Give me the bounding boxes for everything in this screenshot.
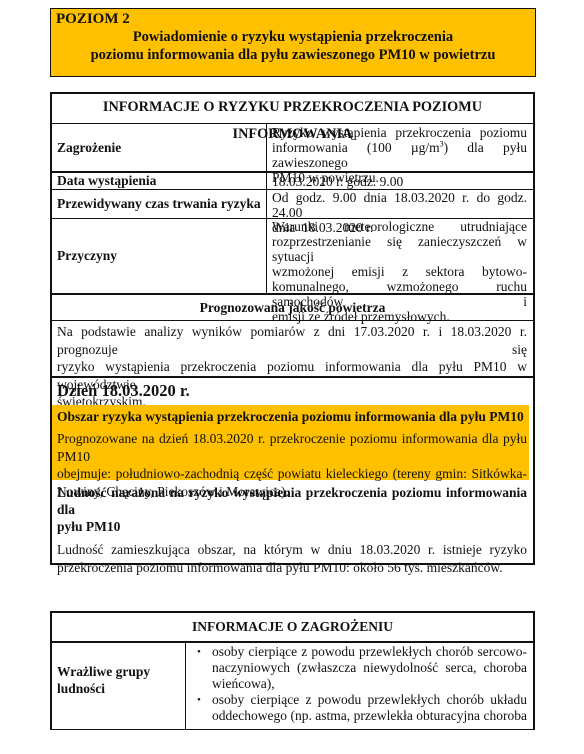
threat-info-table: INFORMACJE O ZAGROŻENIU Wrażliwe grupy l…	[50, 611, 535, 730]
bullet-item: • osoby cierpiące z powodu przewlekłych …	[212, 644, 527, 692]
text-line: wieńcowa),	[212, 676, 527, 692]
text-line: Na podstawie analizy wyników pomiarów z …	[57, 323, 527, 358]
text-line: Ludność zamieszkująca obszar, na którym …	[57, 541, 527, 559]
text-line: Ludność narażona na ryzyko wystąpienia p…	[57, 484, 527, 518]
text-line: oddechowego (np. astma, przewlekła obtur…	[212, 708, 527, 724]
row-przyczyny: Przyczyny Warunki meteorologiczne utrudn…	[52, 218, 533, 293]
population-section: Ludność narażona na ryzyko wystąpienia p…	[52, 482, 533, 562]
text-line: przekroczenia poziomu informowania dla p…	[57, 559, 527, 577]
text-line: osoby cierpiące z powodu przewlekłych ch…	[212, 692, 527, 708]
row-label: Przyczyny	[57, 248, 117, 264]
row-czas-trwania: Przewidywany czas trwania ryzyka Od godz…	[52, 189, 533, 218]
population-paragraph: Ludność zamieszkująca obszar, na którym …	[52, 535, 533, 576]
bullet-icon: •	[197, 692, 201, 708]
bullet-item: • osoby cierpiące z powodu przewlekłych …	[212, 692, 527, 724]
text-line: obejmuje: południowo-zachodnią część pow…	[57, 465, 527, 483]
population-heading: Ludność narażona na ryzyko wystąpienia p…	[52, 482, 533, 535]
label-line: Wrażliwe grupy	[57, 663, 150, 680]
text-line: naczyniowych (zwłaszcza niewydolność ser…	[212, 660, 527, 676]
level-label: POZIOM 2	[56, 11, 530, 28]
row-label: Zagrożenie	[57, 140, 121, 156]
forecast-paragraph: Na podstawie analizy wyników pomiarów z …	[52, 320, 533, 376]
value-line: rozprzestrzenianie się zanieczyszczeń w …	[272, 234, 527, 264]
value-line: wzmożonej emisji z sektora bytowo-	[272, 264, 527, 279]
row-value: • osoby cierpiące z powodu przewlekłych …	[185, 643, 533, 729]
row-value: Od godz. 9.00 dnia 18.03.2020 r. do godz…	[266, 190, 533, 218]
row-label: Przewidywany czas trwania ryzyka	[57, 196, 261, 212]
bullet-icon: •	[197, 644, 201, 660]
row-value: Warunki meteorologiczne utrudniające roz…	[266, 219, 533, 293]
text-line: pyłu PM10	[57, 518, 527, 535]
risk-info-table: INFORMACJE O RYZYKU PRZEKROCZENIA POZIOM…	[50, 92, 535, 565]
row-value: 18.03.2020 r. godz. 9.00	[266, 173, 533, 189]
row-wrazliwe-grupy: Wrażliwe grupy ludności • osoby cierpiąc…	[52, 641, 533, 729]
row-label: Wrażliwe grupy ludności	[57, 663, 150, 697]
row-label: Data wystąpienia	[57, 173, 156, 189]
text-line: osoby cierpiące z powodu przewlekłych ch…	[212, 644, 527, 660]
value-line: Warunki meteorologiczne utrudniające	[272, 219, 527, 234]
text-line: Prognozowane na dzień 18.03.2020 r. prze…	[57, 430, 527, 465]
value-line: Od godz. 9.00 dnia 18.03.2020 r. do godz…	[272, 190, 527, 220]
row-value: Ryzyko wystąpienia przekroczenia poziomu…	[266, 124, 533, 173]
value-line: Ryzyko wystąpienia przekroczenia poziomu	[272, 125, 527, 140]
header-title-line1: Powiadomienie o ryzyku wystąpienia przek…	[56, 28, 530, 46]
risk-area-section: Obszar ryzyka wystąpienia przekroczenia …	[52, 405, 529, 480]
bullet-list: • osoby cierpiące z powodu przewlekłych …	[194, 644, 527, 724]
alert-level-header: POZIOM 2 Powiadomienie o ryzyku wystąpie…	[50, 8, 536, 77]
label-line: ludności	[57, 680, 150, 697]
day-heading: Dzień 18.03.2020 r.	[52, 376, 533, 405]
forecast-heading: Prognozowana jakość powietrza	[52, 293, 533, 320]
risk-table-title: INFORMACJE O RYZYKU PRZEKROCZENIA POZIOM…	[52, 94, 533, 123]
area-heading: Obszar ryzyka wystąpienia przekroczenia …	[52, 405, 529, 425]
row-data-wystapienia: Data wystąpienia 18.03.2020 r. godz. 9.0…	[52, 171, 533, 189]
value-line: informowania (100 µg/m3) dla pyłu zawies…	[272, 140, 527, 170]
row-zagrozenie: Zagrożenie Ryzyko wystąpienia przekrocze…	[52, 123, 533, 173]
header-title-line2: poziomu informowania dla pyłu zawieszone…	[56, 46, 530, 64]
threat-table-title: INFORMACJE O ZAGROŻENIU	[52, 613, 533, 641]
